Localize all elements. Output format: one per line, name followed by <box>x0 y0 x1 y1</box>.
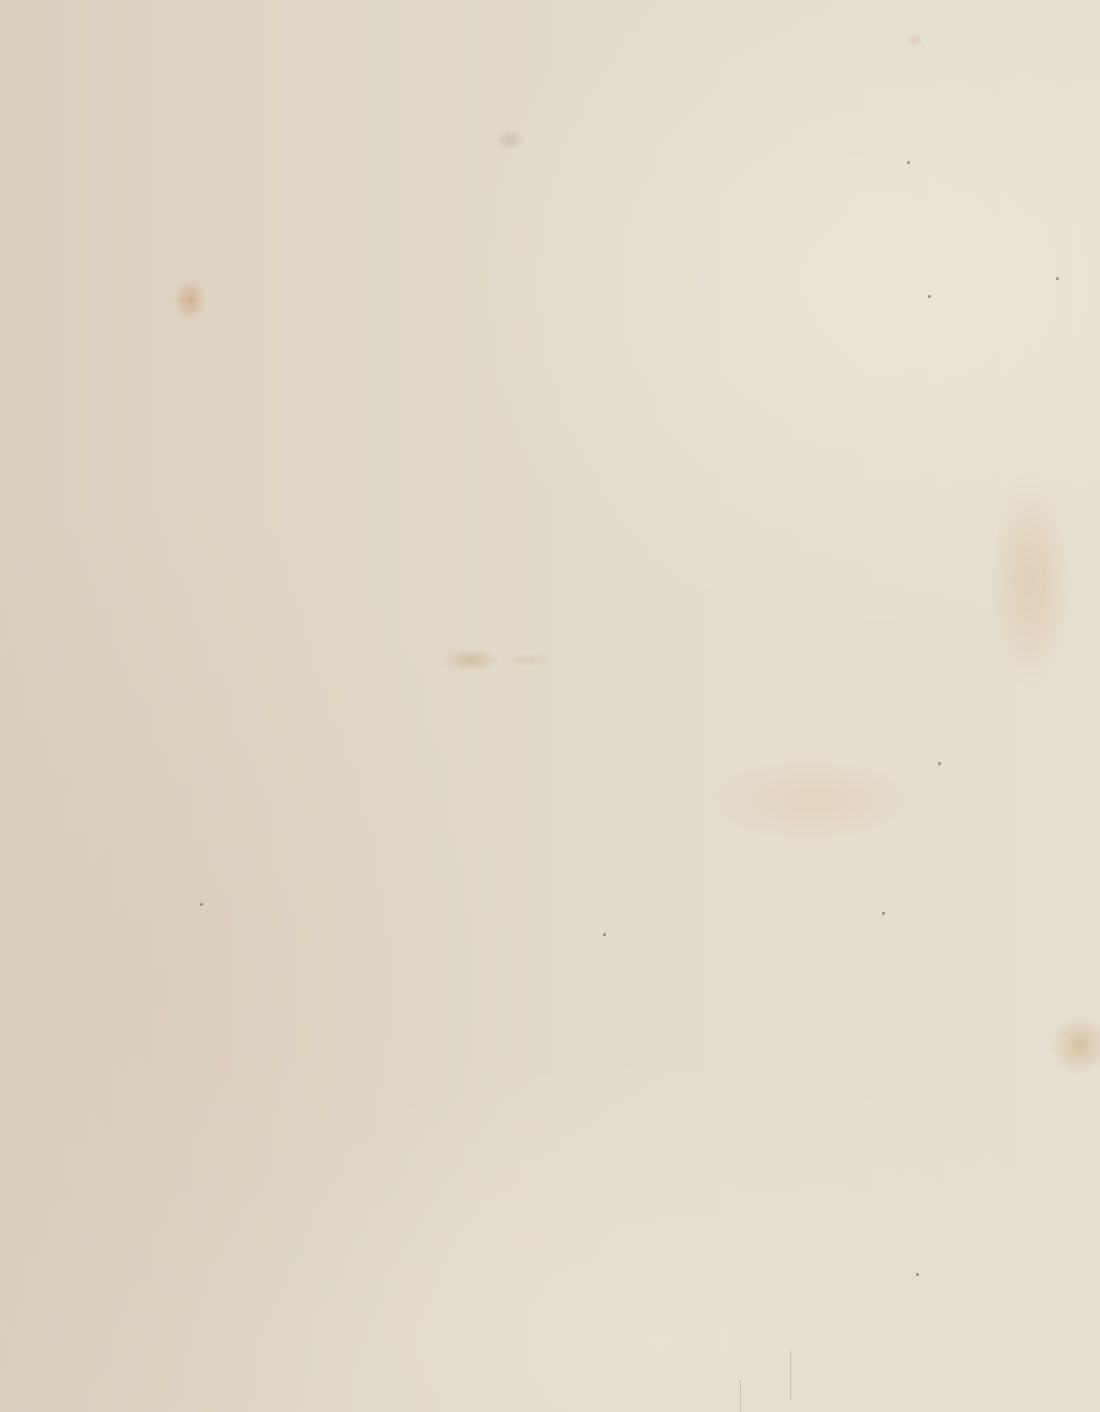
paper-speck <box>928 295 931 298</box>
paper-speck <box>200 903 203 906</box>
water-stain-right-lower <box>1050 1015 1100 1075</box>
paper-speck <box>938 762 941 765</box>
smudge-center <box>440 648 500 672</box>
water-stain-right-upper <box>985 470 1075 690</box>
foxing-spot-top-left <box>173 278 207 322</box>
paper-speck <box>916 1273 919 1276</box>
faint-spot-upper-right <box>906 33 924 47</box>
smudge-center-trail <box>505 654 555 666</box>
paper-crease <box>740 1380 741 1412</box>
paper-speck <box>603 933 606 936</box>
blank-paper-page <box>0 0 1100 1412</box>
paper-speck <box>882 912 885 915</box>
faint-spot-top <box>495 129 525 151</box>
paper-crease <box>790 1350 791 1400</box>
paper-speck <box>907 161 910 164</box>
water-stain-right-mid <box>710 755 930 845</box>
paper-speck <box>1056 277 1059 280</box>
